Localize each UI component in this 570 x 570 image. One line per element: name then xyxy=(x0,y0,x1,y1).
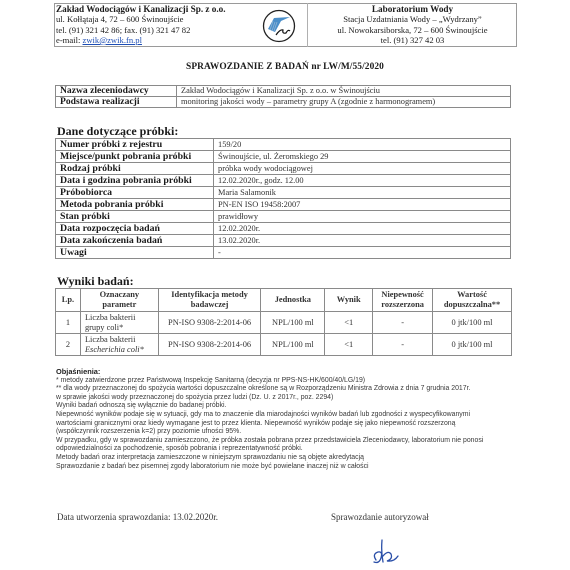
table-row: Stan próbkiprawidłowy xyxy=(56,211,511,223)
param-line2: grupy coli* xyxy=(85,323,156,333)
table-header-row: Lp. Oznaczany parametr Identyfikacja met… xyxy=(56,289,512,312)
cell-method: PN-ISO 9308-2:2014-06 xyxy=(158,334,261,356)
authorized-by-label: Sprawozdanie autoryzował xyxy=(331,512,429,522)
cell-uncertainty: - xyxy=(373,312,433,334)
cell-unit: NPL/100 ml xyxy=(261,312,325,334)
col-method: Identyfikacja metody badawczej xyxy=(158,289,261,312)
report-creation-date: Data utworzenia sprawozdania: 13.02.2020… xyxy=(57,512,218,522)
table-row: 1 Liczba bakteriigrupy coli* PN-ISO 9308… xyxy=(56,312,512,334)
cell-limit: 0 jtk/100 ml xyxy=(433,334,512,356)
report-title: SPRAWOZDANIE Z BADAŃ nr LW/M/55/2020 xyxy=(0,62,570,72)
cell-uncertainty: - xyxy=(373,334,433,356)
company-email-row: e-mail: zwik@zwik.fn.pl xyxy=(56,35,256,45)
sample-section-heading: Dane dotyczące próbki: xyxy=(57,124,178,139)
company-info: Zakład Wodociągów i Kanalizacji Sp. z o.… xyxy=(56,4,256,45)
row-label: Data zakończenia badań xyxy=(56,235,214,247)
param-line2: Escherichia coli* xyxy=(85,345,156,355)
note-line: Metody badań oraz interpretacja zamieszc… xyxy=(56,454,526,463)
note-line: (współczynnik rozszerzenia k=2) przy poz… xyxy=(56,428,526,437)
col-param: Oznaczany parametr xyxy=(80,289,158,312)
col-lp: Lp. xyxy=(56,289,81,312)
cell-param: Liczba bakteriigrupy coli* xyxy=(80,312,158,334)
row-label: Próbobiorca xyxy=(56,187,214,199)
email-label: e-mail: xyxy=(56,35,83,45)
table-row: Data rozpoczęcia badań12.02.2020r. xyxy=(56,223,511,235)
table-row: Data zakończenia badań13.02.2020r. xyxy=(56,235,511,247)
row-value: Świnoujście, ul. Żeromskiego 29 xyxy=(214,151,511,163)
row-label: Rodzaj próbki xyxy=(56,163,214,175)
lab-station: Stacja Uzdatniania Wody – „Wydrzany” xyxy=(308,14,517,24)
cell-unit: NPL/100 ml xyxy=(261,334,325,356)
lab-info: Laboratorium Wody Stacja Uzdatniania Wod… xyxy=(308,4,517,45)
explanations: Objaśnienia: * metody zatwierdzone przez… xyxy=(56,368,526,471)
row-value: Maria Salamonik xyxy=(214,187,511,199)
cell-lp: 2 xyxy=(56,334,81,356)
explanations-heading: Objaśnienia: xyxy=(56,368,526,377)
cell-method: PN-ISO 9308-2:2014-06 xyxy=(158,312,261,334)
row-value: 12.02.2020r. xyxy=(214,223,511,235)
basis-value: monitoring jakości wody – parametry grup… xyxy=(177,97,511,108)
note-line: * metody zatwierdzone przez Państwową In… xyxy=(56,377,526,386)
table-row: Metoda pobrania próbkiPN-EN ISO 19458:20… xyxy=(56,199,511,211)
table-row: Uwagi- xyxy=(56,247,511,259)
lab-address: ul. Nowokarsiborska, 72 – 600 Świnoujści… xyxy=(308,25,517,35)
row-label: Miejsce/punkt pobrania próbki xyxy=(56,151,214,163)
param-line1: Liczba bakterii xyxy=(85,313,156,323)
note-line: w sprawie jakości wody przeznaczonej do … xyxy=(56,394,526,403)
table-row: Miejsce/punkt pobrania próbkiŚwinoujście… xyxy=(56,151,511,163)
note-line: W przypadku, gdy w sprawozdaniu zamieszc… xyxy=(56,437,526,446)
table-row: Podstawa realizacji monitoring jakości w… xyxy=(56,97,511,108)
company-name: Zakład Wodociągów i Kanalizacji Sp. z o.… xyxy=(56,4,256,14)
row-value: - xyxy=(214,247,511,259)
lab-name: Laboratorium Wody xyxy=(308,4,517,14)
sample-table: Numer próbki z rejestru159/20 Miejsce/pu… xyxy=(55,138,511,259)
cell-lp: 1 xyxy=(56,312,81,334)
row-label: Uwagi xyxy=(56,247,214,259)
company-address: ul. Kołłątaja 4, 72 – 600 Świnoujście xyxy=(56,14,256,24)
row-label: Data rozpoczęcia badań xyxy=(56,223,214,235)
cell-limit: 0 jtk/100 ml xyxy=(433,312,512,334)
row-value: prawidłowy xyxy=(214,211,511,223)
param-line1: Liczba bakterii xyxy=(85,335,156,345)
table-row: 2 Liczba bakteriiEscherichia coli* PN-IS… xyxy=(56,334,512,356)
cell-param: Liczba bakteriiEscherichia coli* xyxy=(80,334,158,356)
row-label: Numer próbki z rejestru xyxy=(56,139,214,151)
table-row: Data i godzina pobrania próbki12.02.2020… xyxy=(56,175,511,187)
col-unit: Jednostka xyxy=(261,289,325,312)
row-value: 159/20 xyxy=(214,139,511,151)
col-limit: Wartość dopuszczalna** xyxy=(433,289,512,312)
col-uncertainty: Niepewność rozszerzona xyxy=(373,289,433,312)
client-name-value: Zakład Wodociągów i Kanalizacji Sp. z o.… xyxy=(177,86,511,97)
row-value: PN-EN ISO 19458:2007 xyxy=(214,199,511,211)
row-label: Stan próbki xyxy=(56,211,214,223)
row-label: Data i godzina pobrania próbki xyxy=(56,175,214,187)
table-row: PróbobiorcaMaria Salamonik xyxy=(56,187,511,199)
table-row: Rodzaj próbkipróbka wody wodociągowej xyxy=(56,163,511,175)
row-label: Metoda pobrania próbki xyxy=(56,199,214,211)
table-row: Nazwa zleceniodawcy Zakład Wodociągów i … xyxy=(56,86,511,97)
results-table: Lp. Oznaczany parametr Identyfikacja met… xyxy=(55,288,512,356)
lab-phone: tel. (91) 327 42 03 xyxy=(308,35,517,45)
cell-result: <1 xyxy=(325,312,373,334)
note-line: ** dla wody przeznaczonej do spożycia wa… xyxy=(56,385,526,394)
note-line: Wyniki badań odnoszą się wyłącznie do ba… xyxy=(56,402,526,411)
basis-label: Podstawa realizacji xyxy=(56,97,177,108)
zwik-logo-icon xyxy=(262,9,296,43)
row-value: 12.02.2020r., godz. 12.00 xyxy=(214,175,511,187)
col-result: Wynik xyxy=(325,289,373,312)
results-section-heading: Wyniki badań: xyxy=(57,274,134,289)
row-value: 13.02.2020r. xyxy=(214,235,511,247)
client-table: Nazwa zleceniodawcy Zakład Wodociągów i … xyxy=(55,85,511,108)
row-value: próbka wody wodociągowej xyxy=(214,163,511,175)
client-name-label: Nazwa zleceniodawcy xyxy=(56,86,177,97)
table-row: Numer próbki z rejestru159/20 xyxy=(56,139,511,151)
signature-icon xyxy=(370,538,410,568)
email-link[interactable]: zwik@zwik.fn.pl xyxy=(83,35,142,45)
cell-result: <1 xyxy=(325,334,373,356)
company-phone-fax: tel. (91) 321 42 86; fax. (91) 321 47 82 xyxy=(56,25,256,35)
note-line: Niepewność wyników podaje się w sytuacji… xyxy=(56,411,526,420)
note-line: odpowiedzialności za pochodzenie, sposób… xyxy=(56,445,526,454)
note-line: wartościami granicznymi oraz kiedy wymag… xyxy=(56,420,526,429)
note-line: Sprawozdanie z badań bez pisemnej zgody … xyxy=(56,463,526,472)
